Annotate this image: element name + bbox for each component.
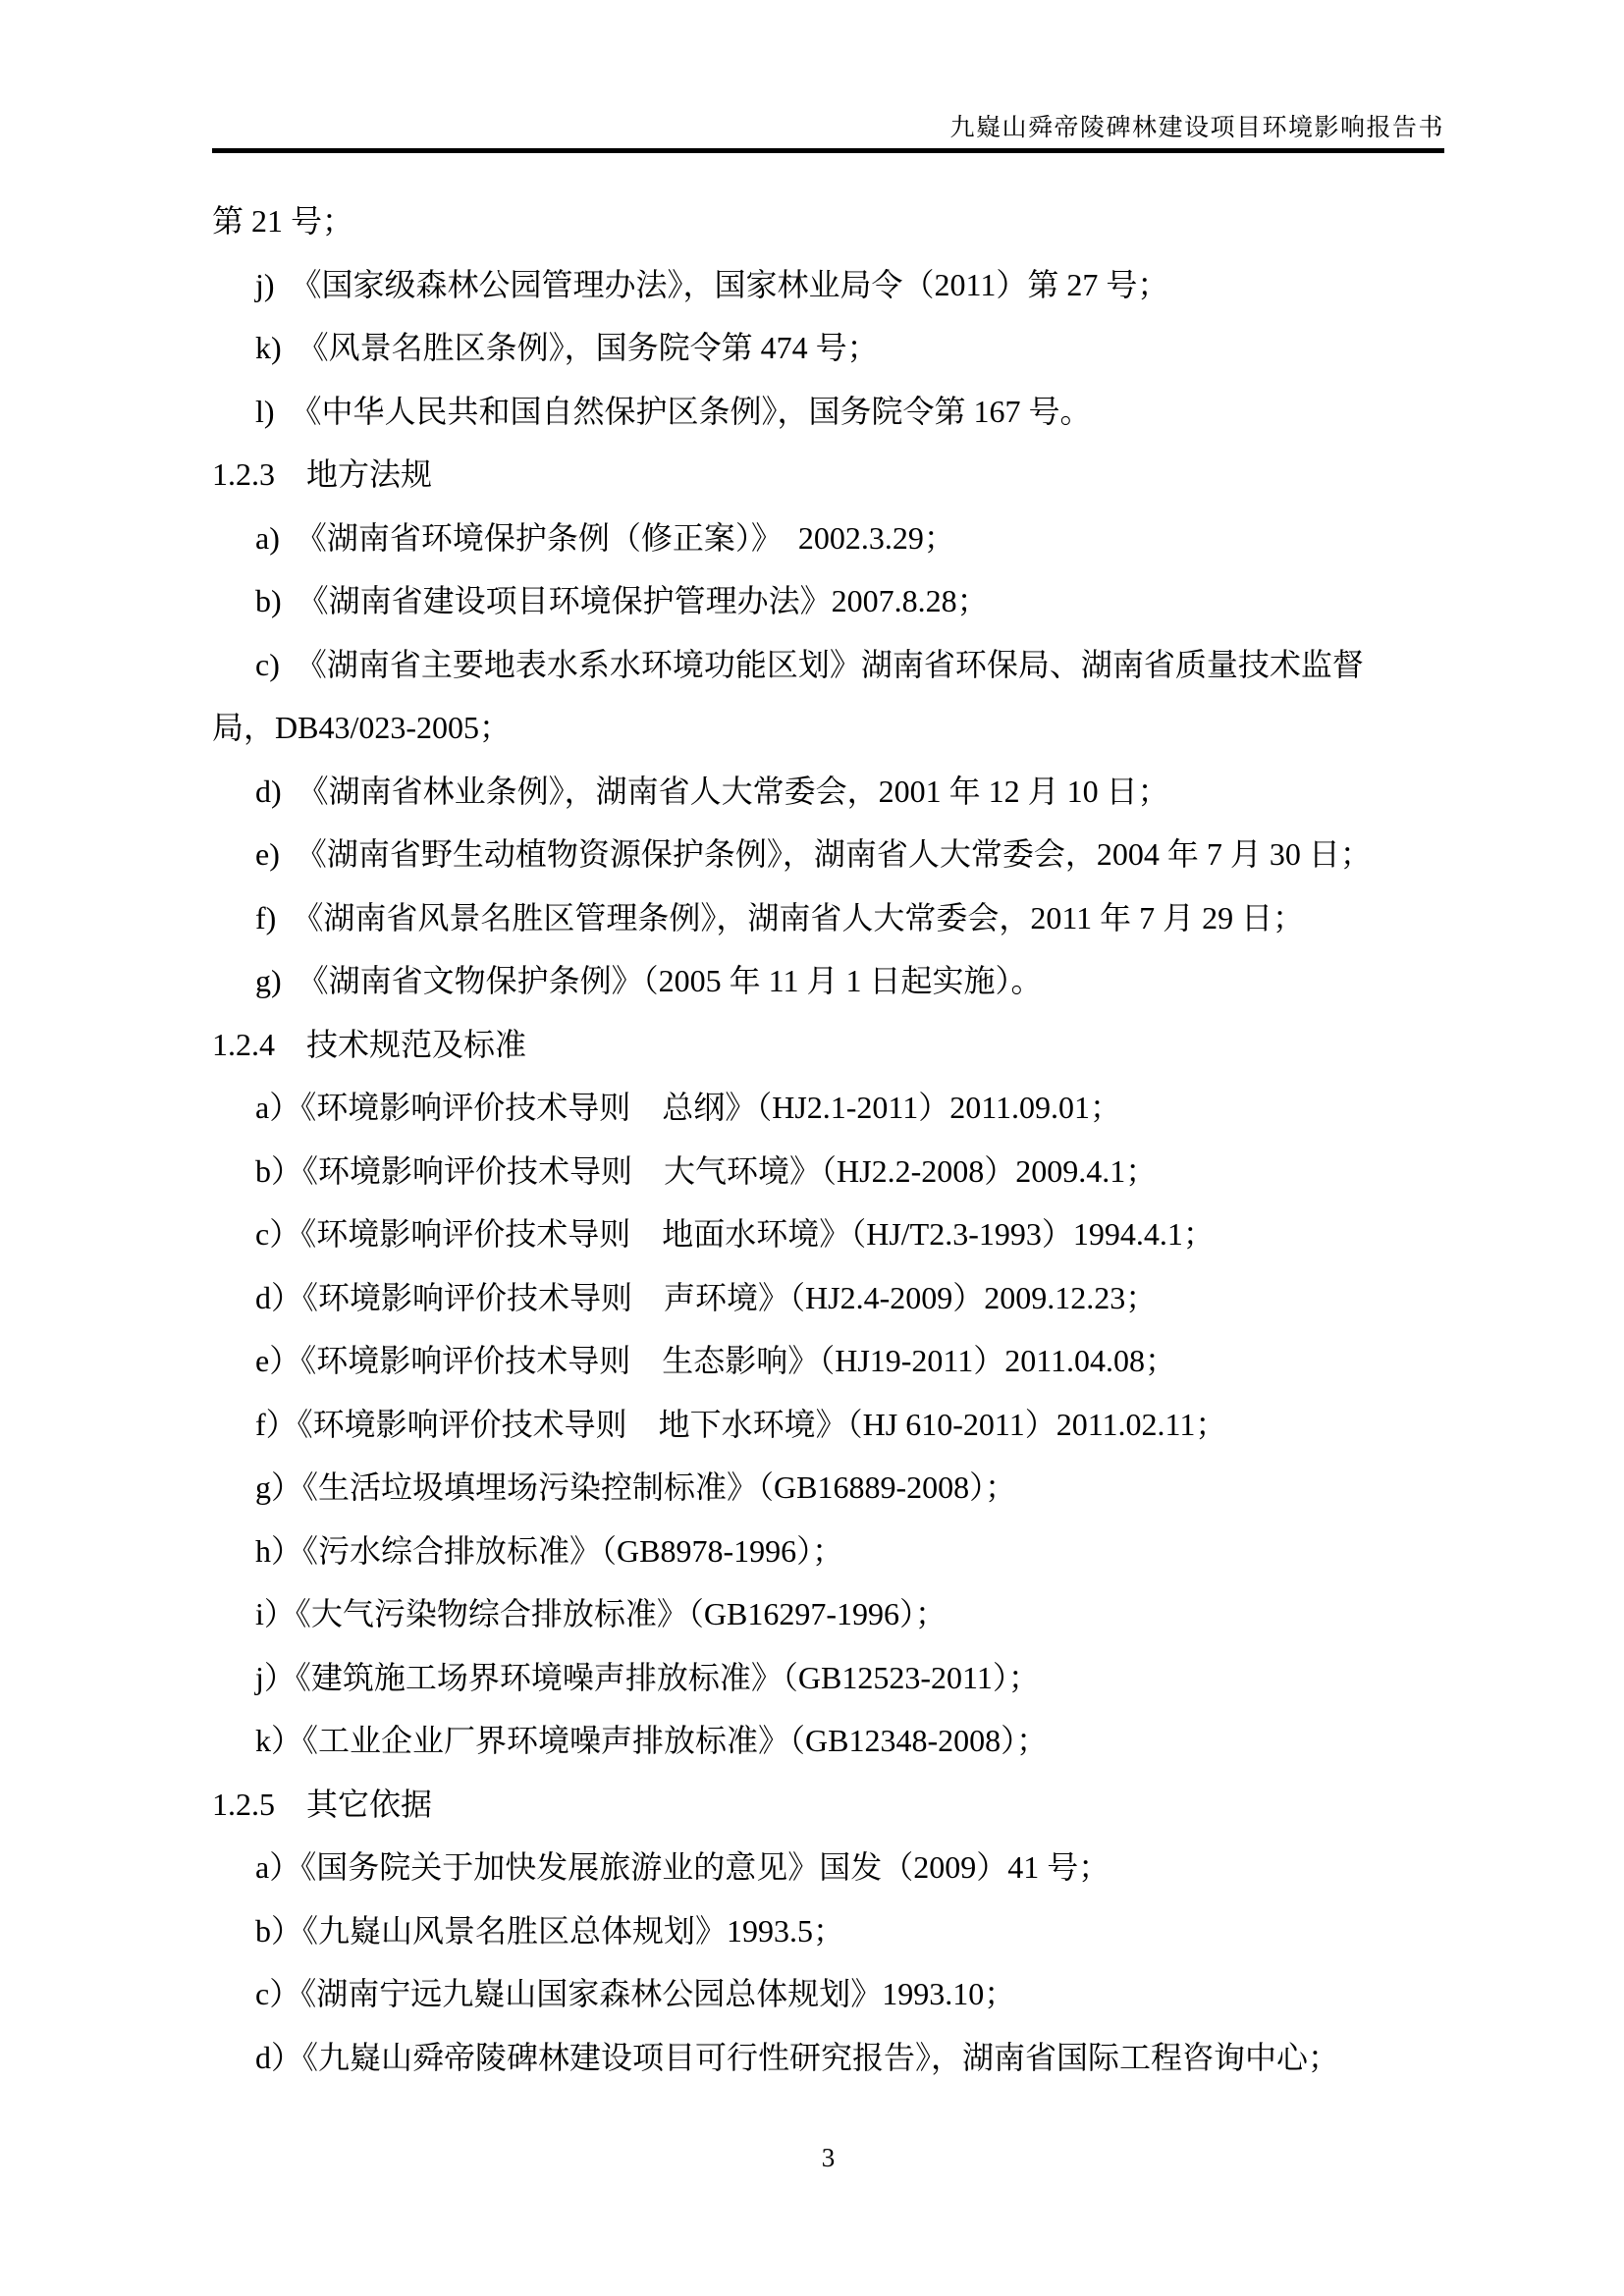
body-line: f) 《湖南省风景名胜区管理条例》，湖南省人大常委会，2011 年 7 月 29…	[212, 886, 1447, 950]
body-line: i）《大气污染物综合排放标准》（GB16297-1996）；	[212, 1582, 1447, 1646]
body-line: e) 《湖南省野生动植物资源保护条例》，湖南省人大常委会，2004 年 7 月 …	[212, 823, 1447, 886]
body-line: f）《环境影响评价技术导则 地下水环境》（HJ 610-2011）2011.02…	[212, 1393, 1447, 1457]
section-heading: 1.2.3 地方法规	[212, 443, 1447, 507]
body-line: j) 《国家级森林公园管理办法》，国家林业局令（2011）第 27 号；	[212, 253, 1447, 317]
body-line: c) 《湖南省主要地表水系水环境功能区划》湖南省环保局、湖南省质量技术监督	[212, 633, 1447, 697]
body-line: a）《环境影响评价技术导则 总纲》（HJ2.1-2011）2011.09.01；	[212, 1076, 1447, 1140]
body-line: b）《九嶷山风景名胜区总体规划》1993.5；	[212, 1899, 1447, 1963]
document-body: 第 21 号；j) 《国家级森林公园管理办法》，国家林业局令（2011）第 27…	[212, 189, 1447, 2089]
body-line: 局，DB43/023-2005；	[212, 696, 1447, 760]
body-line: g) 《湖南省文物保护条例》（2005 年 11 月 1 日起实施）。	[212, 949, 1447, 1013]
body-line: 第 21 号；	[212, 189, 1447, 253]
body-line: e）《环境影响评价技术导则 生态影响》（HJ19-2011）2011.04.08…	[212, 1329, 1447, 1393]
section-heading: 1.2.4 技术规范及标准	[212, 1013, 1447, 1077]
body-line: a）《国务院关于加快发展旅游业的意见》国发（2009）41 号；	[212, 1836, 1447, 1899]
page-footer: 3	[212, 2142, 1444, 2173]
body-line: k）《工业企业厂界环境噪声排放标准》（GB12348-2008）；	[212, 1709, 1447, 1773]
body-line: g）《生活垃圾填埋场污染控制标准》（GB16889-2008）；	[212, 1456, 1447, 1520]
body-line: b）《环境影响评价技术导则 大气环境》（HJ2.2-2008）2009.4.1；	[212, 1140, 1447, 1203]
header-rule	[212, 148, 1444, 153]
body-line: c）《环境影响评价技术导则 地面水环境》（HJ/T2.3-1993）1994.4…	[212, 1202, 1447, 1266]
header-title: 九嶷山舜帝陵碑林建设项目环境影响报告书	[212, 114, 1444, 143]
section-heading: 1.2.5 其它依据	[212, 1773, 1447, 1837]
body-line: k) 《风景名胜区条例》，国务院令第 474 号；	[212, 316, 1447, 380]
page-number: 3	[822, 2143, 836, 2172]
body-line: l) 《中华人民共和国自然保护区条例》，国务院令第 167 号。	[212, 380, 1447, 444]
body-line: b) 《湖南省建设项目环境保护管理办法》2007.8.28；	[212, 569, 1447, 633]
body-line: a) 《湖南省环境保护条例（修正案）》 2002.3.29；	[212, 507, 1447, 570]
document-page: 九嶷山舜帝陵碑林建设项目环境影响报告书 第 21 号；j) 《国家级森林公园管理…	[0, 0, 1624, 2296]
body-line: c）《湖南宁远九嶷山国家森林公园总体规划》1993.10；	[212, 1962, 1447, 2026]
body-line: j）《建筑施工场界环境噪声排放标准》（GB12523-2011）；	[212, 1646, 1447, 1710]
body-line: d) 《湖南省林业条例》，湖南省人大常委会，2001 年 12 月 10 日；	[212, 760, 1447, 824]
body-line: h）《污水综合排放标准》（GB8978-1996）；	[212, 1520, 1447, 1583]
body-line: d）《九嶷山舜帝陵碑林建设项目可行性研究报告》，湖南省国际工程咨询中心；	[212, 2026, 1447, 2090]
body-line: d）《环境影响评价技术导则 声环境》（HJ2.4-2009）2009.12.23…	[212, 1266, 1447, 1330]
